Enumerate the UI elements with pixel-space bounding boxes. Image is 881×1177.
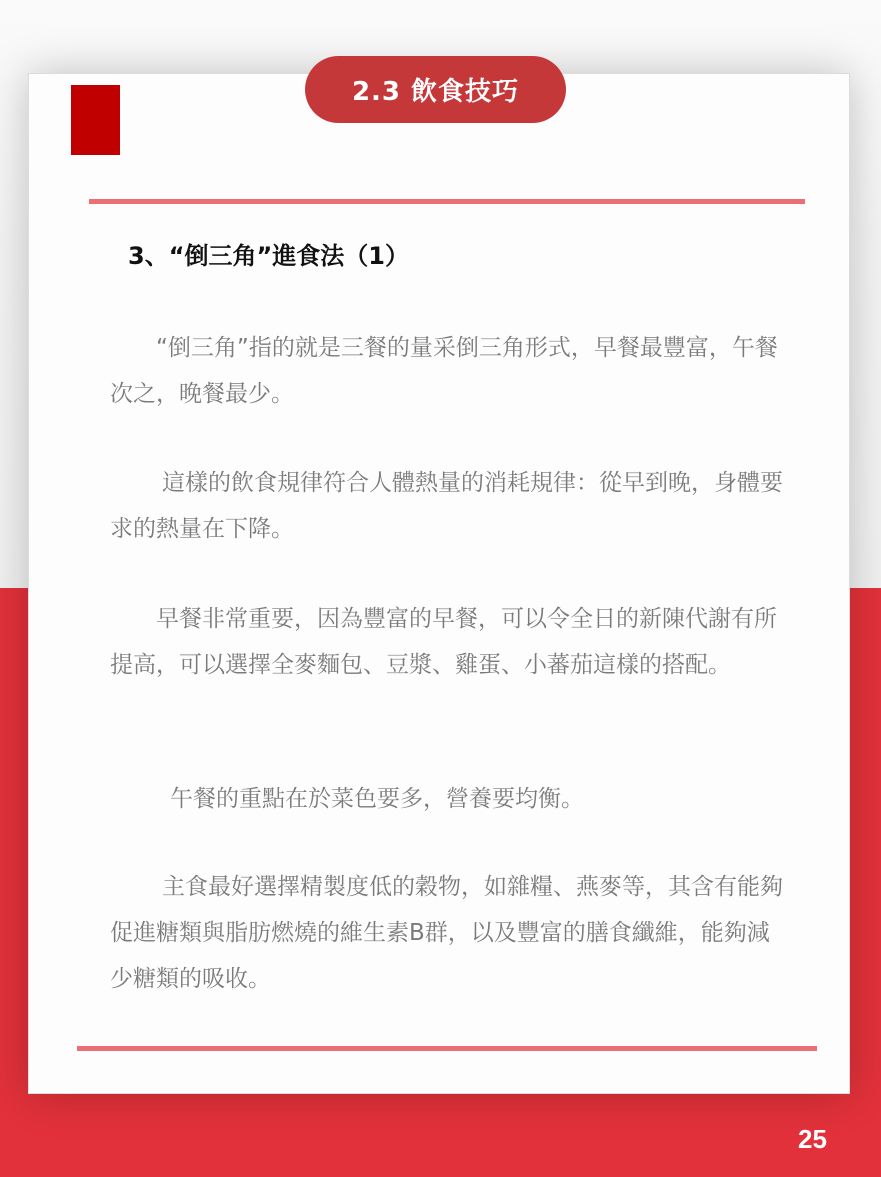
- section-heading: 3、“倒三角”進食法（1）: [128, 236, 409, 271]
- page-number: 25: [798, 1124, 827, 1155]
- paragraph-1: “倒三角”指的就是三餐的量采倒三角形式，早餐最豐富，午餐次之，晚餐最少。: [110, 325, 790, 417]
- paragraph-3: 早餐非常重要，因為豐富的早餐，可以令全日的新陳代謝有所提高，可以選擇全麥麵包、豆…: [110, 596, 790, 688]
- top-divider: [89, 199, 805, 204]
- section-badge: 2.3 飲食技巧: [305, 56, 566, 123]
- bottom-divider: [77, 1046, 817, 1051]
- paragraph-4: 午餐的重點在於菜色要多，營養要均衡。: [110, 776, 790, 822]
- paragraph-2: 這樣的飲食規律符合人體熱量的消耗規律：從早到晚，身體要求的熱量在下降。: [110, 460, 790, 552]
- paragraph-5: 主食最好選擇精製度低的穀物，如雜糧、燕麥等，其含有能夠促進糖類與脂肪燃燒的維生素…: [110, 864, 790, 1002]
- section-badge-label: 2.3 飲食技巧: [352, 71, 519, 108]
- red-corner-block: [71, 85, 120, 155]
